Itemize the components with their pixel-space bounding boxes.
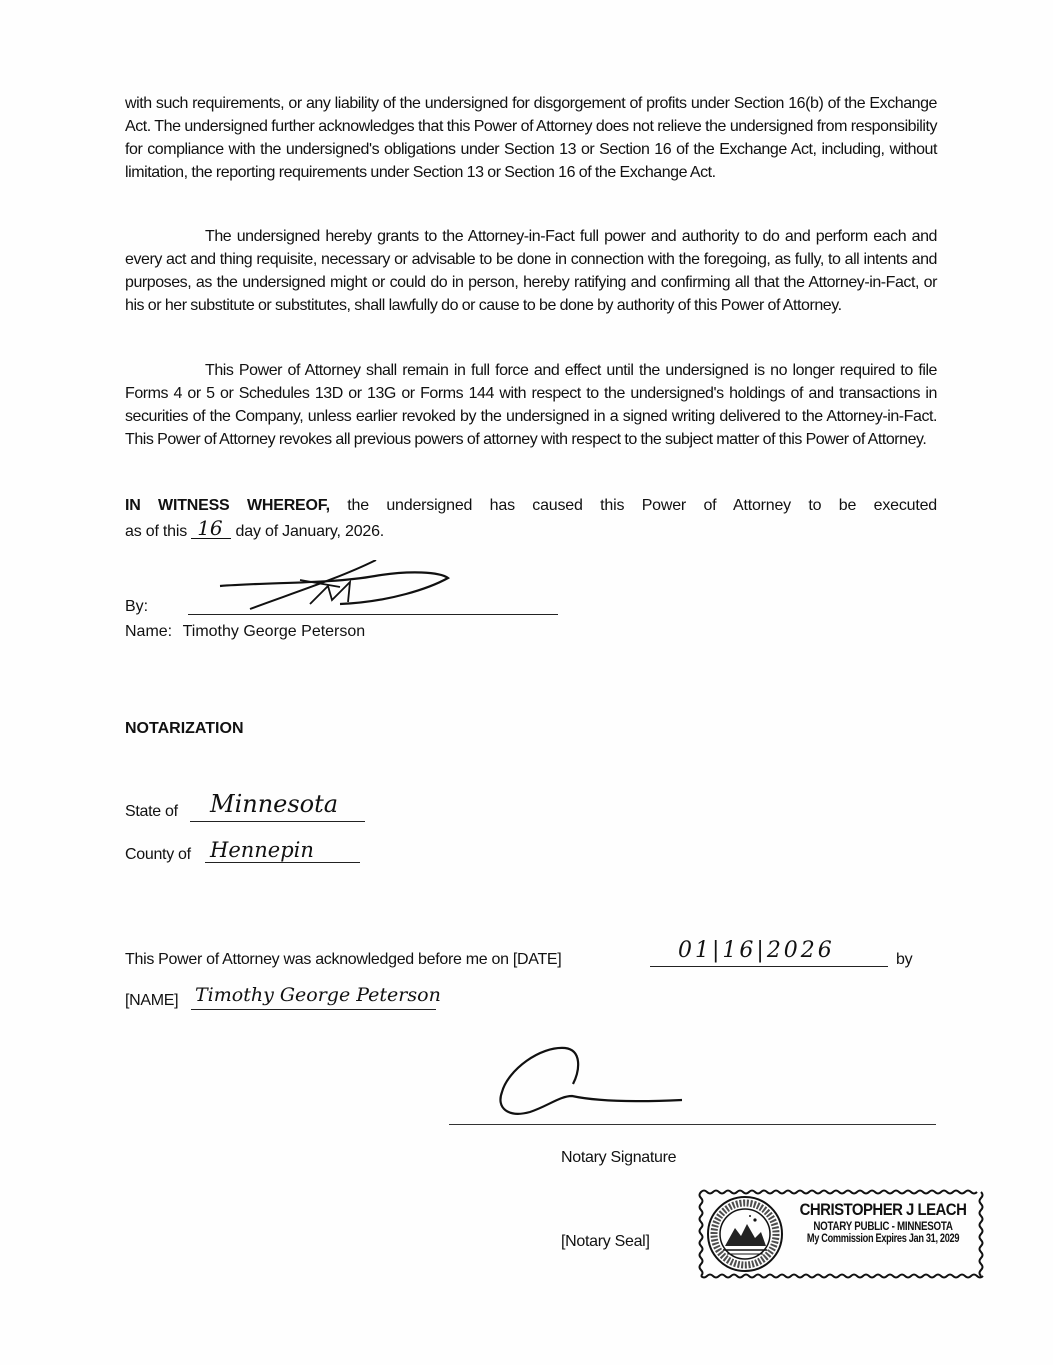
witness-line1: the undersigned has caused this Power of…: [330, 497, 937, 514]
witness-suffix: day of January, 2026.: [236, 523, 385, 540]
state-handwritten: Minnesota: [210, 790, 338, 818]
ack-by: by: [896, 950, 912, 970]
name-row: Name: Timothy George Peterson: [125, 623, 365, 641]
notary-signature-label: Notary Signature: [561, 1148, 676, 1168]
day-handwritten: 16: [197, 516, 222, 541]
state-line: [190, 821, 365, 822]
ack-name-handwritten: Timothy George Peterson: [195, 984, 441, 1006]
notary-name: CHRISTOPHER J LEACH: [797, 1200, 969, 1220]
county-line: [205, 862, 360, 863]
notary-signature-line: [449, 1124, 936, 1125]
commission-expiry: My Commission Expires Jan 31, 2029: [805, 1233, 962, 1245]
witness-prefix: as of this: [125, 523, 187, 540]
witness-bold-lead: IN WITNESS WHEREOF,: [125, 497, 330, 514]
state-label: State of: [125, 802, 178, 822]
document-page: with such requirements, or any liability…: [0, 0, 1053, 1365]
notary-title: NOTARY PUBLIC - MINNESOTA: [800, 1221, 967, 1233]
ack-name-line: [191, 1009, 436, 1010]
county-handwritten: Hennepin: [210, 838, 314, 862]
name-label: Name:: [125, 623, 172, 640]
paragraph-liability: with such requirements, or any liability…: [125, 92, 937, 184]
date-handwritten: 01|16|2026: [678, 938, 835, 963]
notary-signature: [490, 1040, 690, 1120]
acknowledgement-text: This Power of Attorney was acknowledged …: [125, 950, 561, 970]
paragraph-grant-of-authority: The undersigned hereby grants to the Att…: [125, 225, 937, 317]
stamp-text-block: CHRISTOPHER J LEACH NOTARY PUBLIC - MINN…: [785, 1200, 981, 1245]
county-label: County of: [125, 845, 191, 865]
notarization-heading: NOTARIZATION: [125, 720, 244, 738]
signature-line: [188, 614, 558, 615]
signer-name: Timothy George Peterson: [183, 623, 366, 640]
notary-seal-label: [Notary Seal]: [561, 1232, 650, 1252]
date-line: [650, 966, 888, 967]
signer-signature: [180, 560, 470, 620]
notary-stamp: CHRISTOPHER J LEACH NOTARY PUBLIC - MINN…: [697, 1188, 985, 1280]
state-seal-icon: [705, 1194, 785, 1274]
witness-date-line: as of this 16 day of January, 2026.: [125, 519, 384, 544]
witness-clause: IN WITNESS WHEREOF, the undersigned has …: [125, 493, 937, 518]
day-field: 16: [191, 520, 231, 539]
paragraph-duration: This Power of Attorney shall remain in f…: [125, 359, 937, 451]
by-label: By:: [125, 598, 148, 616]
ack-name-label: [NAME]: [125, 991, 178, 1011]
